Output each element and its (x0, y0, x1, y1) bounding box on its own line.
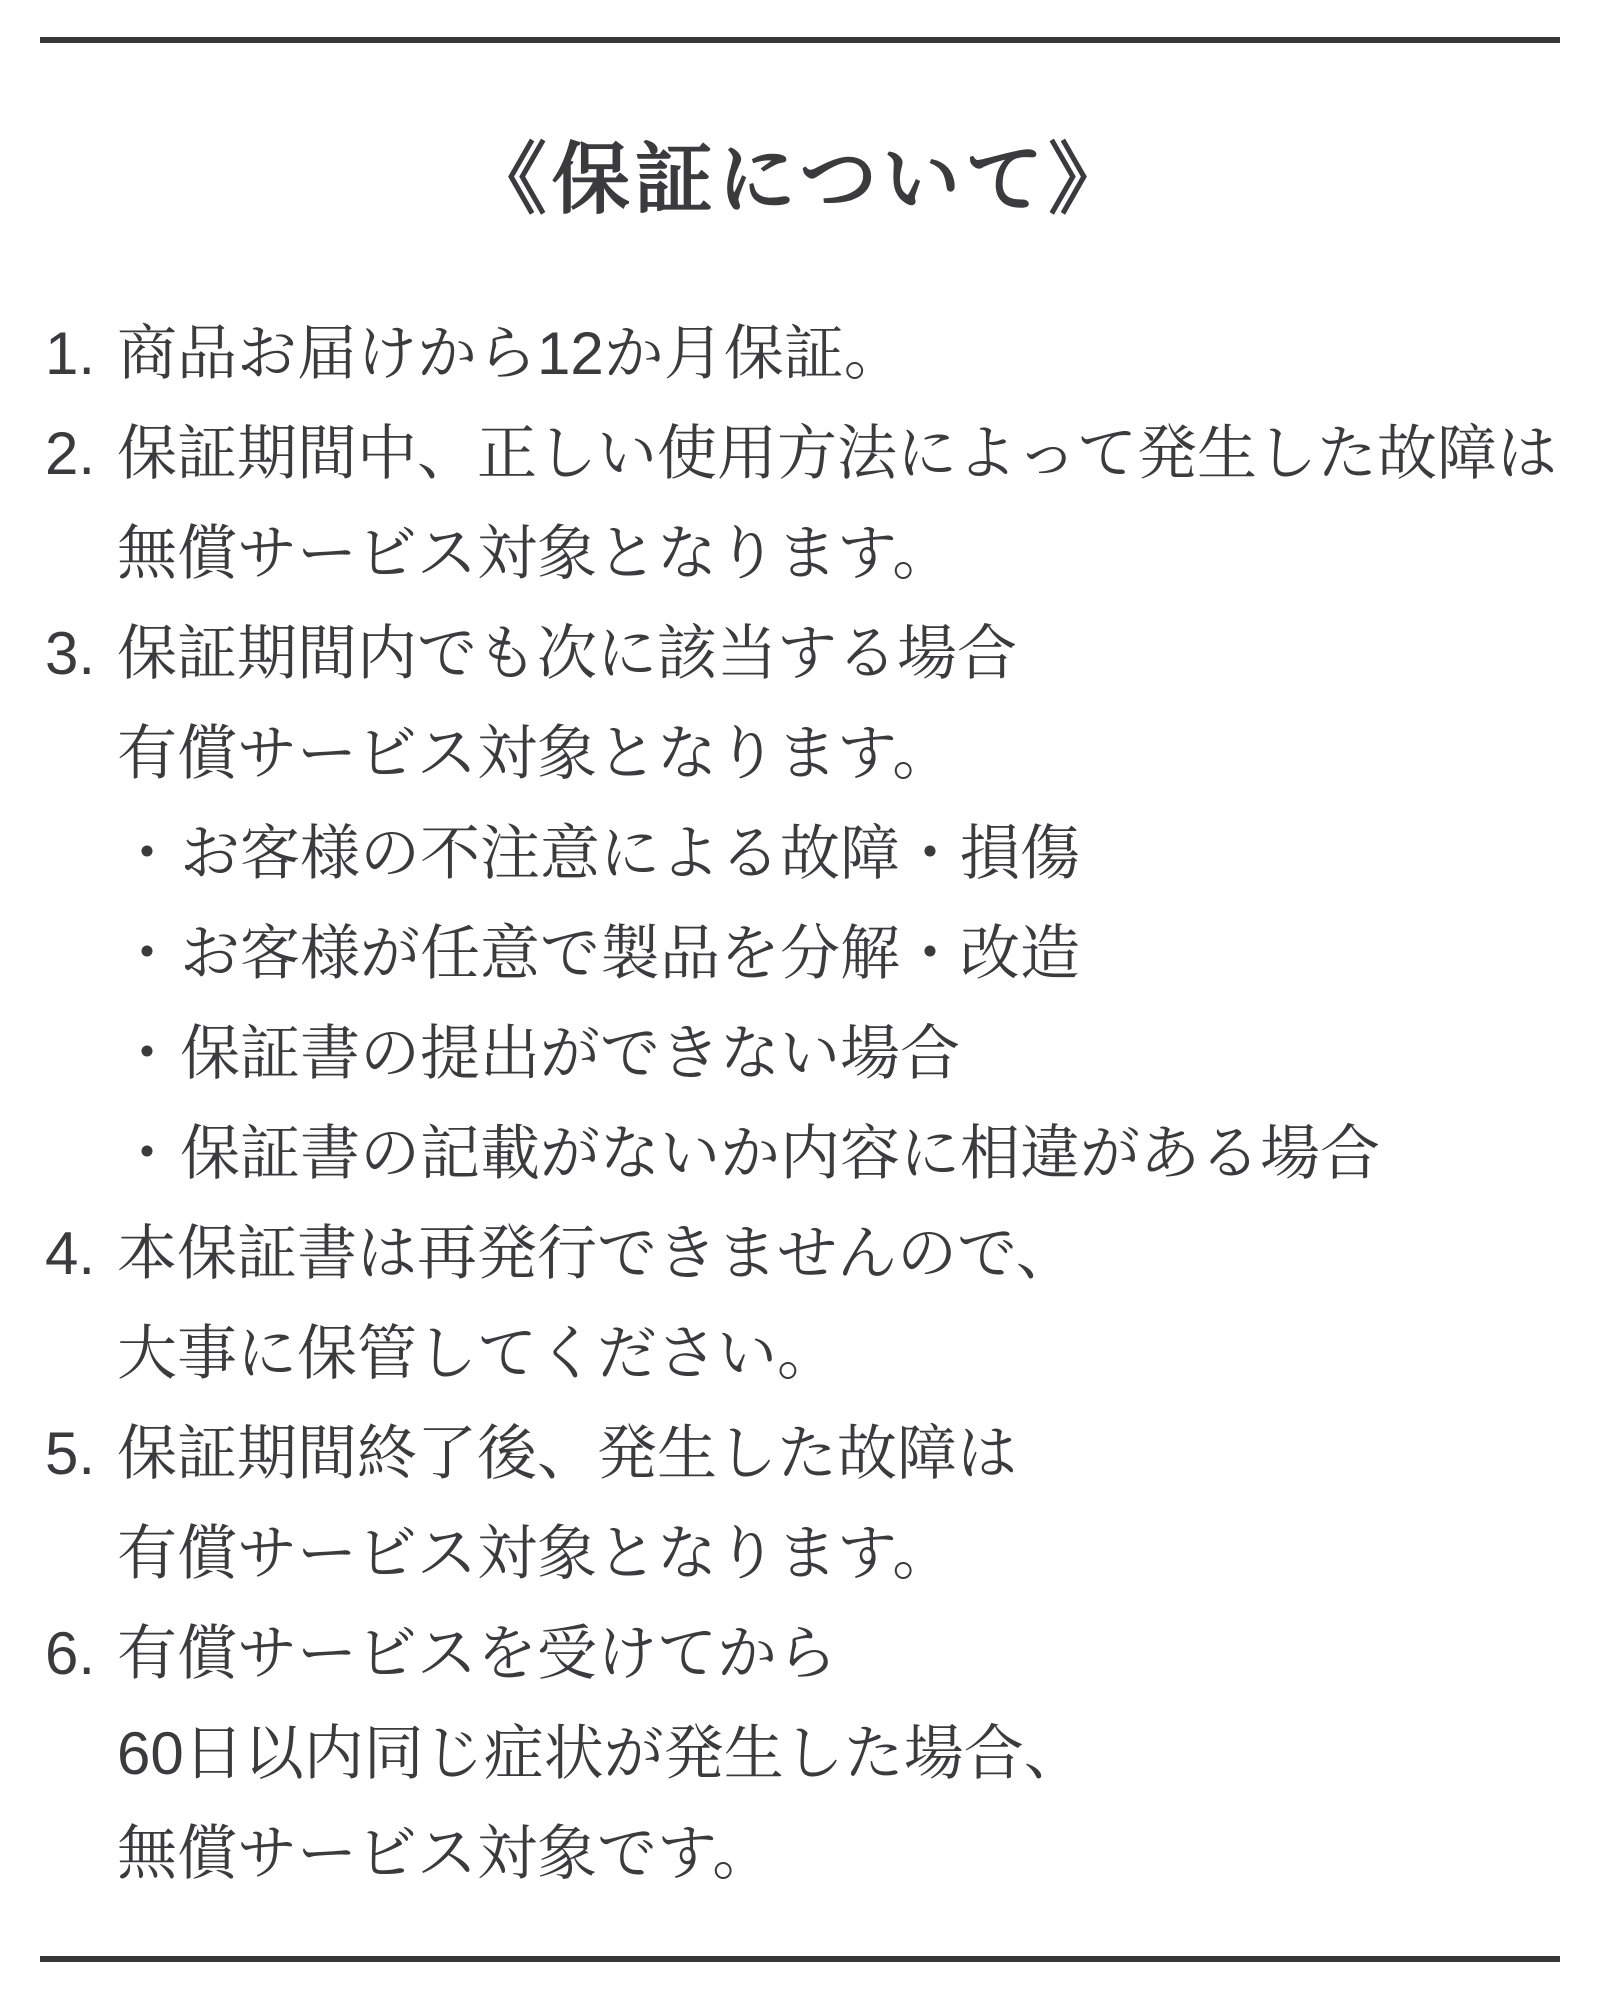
bullet-text: お客様が任意で製品を分解・改造 (180, 904, 1080, 1004)
warranty-item: 1. 商品お届けから12か月保証。 (45, 304, 1560, 404)
item-line: 有償サービス対象となります。 (117, 1504, 1560, 1604)
item-line: 無償サービス対象となります。 (117, 504, 1560, 604)
item-line: 無償サービス対象です。 (117, 1804, 1560, 1904)
warranty-item: 4. 本保証書は再発行できませんので、大事に保管してください。 (45, 1204, 1560, 1404)
warranty-item: 2. 保証期間中、正しい使用方法によって発生した故障は無償サービス対象となります… (45, 404, 1560, 604)
item-content: 本保証書は再発行できませんので、大事に保管してください。 (117, 1204, 1560, 1404)
item-number: 5. (45, 1404, 117, 1504)
item-line: 大事に保管してください。 (117, 1304, 1560, 1404)
item-line: 有償サービスを受けてから (117, 1604, 1560, 1704)
warranty-item: 5. 保証期間終了後、発生した故障は有償サービス対象となります。 (45, 1404, 1560, 1604)
item-number: 6. (45, 1604, 117, 1704)
warranty-terms-list: 1. 商品お届けから12か月保証。 2. 保証期間中、正しい使用方法によって発生… (45, 304, 1560, 1904)
item-number: 2. (45, 404, 117, 504)
item-number: 1. (45, 304, 117, 404)
bullet-icon: ・ (117, 904, 180, 1004)
item-content: 保証期間内でも次に該当する場合有償サービス対象となります。・お客様の不注意による… (117, 604, 1560, 1204)
item-line: 保証期間終了後、発生した故障は (117, 1404, 1560, 1504)
item-line: 保証期間中、正しい使用方法によって発生した故障は (117, 404, 1560, 504)
bullet-icon: ・ (117, 1004, 180, 1104)
bottom-divider (40, 1956, 1560, 1962)
item-line: 保証期間内でも次に該当する場合 (117, 604, 1560, 704)
page-title: 《保証について》 (0, 138, 1600, 220)
bullet-item: ・保証書の提出ができない場合 (117, 1004, 1560, 1104)
bullet-text: 保証書の記載がないか内容に相違がある場合 (180, 1104, 1380, 1204)
item-content: 有償サービスを受けてから60日以内同じ症状が発生した場合、無償サービス対象です。 (117, 1604, 1560, 1904)
item-number: 3. (45, 604, 117, 704)
warranty-item: 6. 有償サービスを受けてから60日以内同じ症状が発生した場合、無償サービス対象… (45, 1604, 1560, 1904)
warranty-item: 3. 保証期間内でも次に該当する場合有償サービス対象となります。・お客様の不注意… (45, 604, 1560, 1204)
item-line: 60日以内同じ症状が発生した場合、 (117, 1704, 1560, 1804)
bullet-icon: ・ (117, 804, 180, 904)
item-content: 保証期間中、正しい使用方法によって発生した故障は無償サービス対象となります。 (117, 404, 1560, 604)
bullet-text: お客様の不注意による故障・損傷 (180, 804, 1080, 904)
item-content: 保証期間終了後、発生した故障は有償サービス対象となります。 (117, 1404, 1560, 1604)
bullet-text: 保証書の提出ができない場合 (180, 1004, 960, 1104)
bullet-icon: ・ (117, 1104, 180, 1204)
item-number: 4. (45, 1204, 117, 1304)
item-line: 本保証書は再発行できませんので、 (117, 1204, 1560, 1304)
item-line: 商品お届けから12か月保証。 (117, 304, 1560, 404)
item-line: 有償サービス対象となります。 (117, 704, 1560, 804)
bullet-item: ・保証書の記載がないか内容に相違がある場合 (117, 1104, 1560, 1204)
item-content: 商品お届けから12か月保証。 (117, 304, 1560, 404)
bullet-item: ・お客様の不注意による故障・損傷 (117, 804, 1560, 904)
top-divider (40, 37, 1560, 43)
bullet-item: ・お客様が任意で製品を分解・改造 (117, 904, 1560, 1004)
